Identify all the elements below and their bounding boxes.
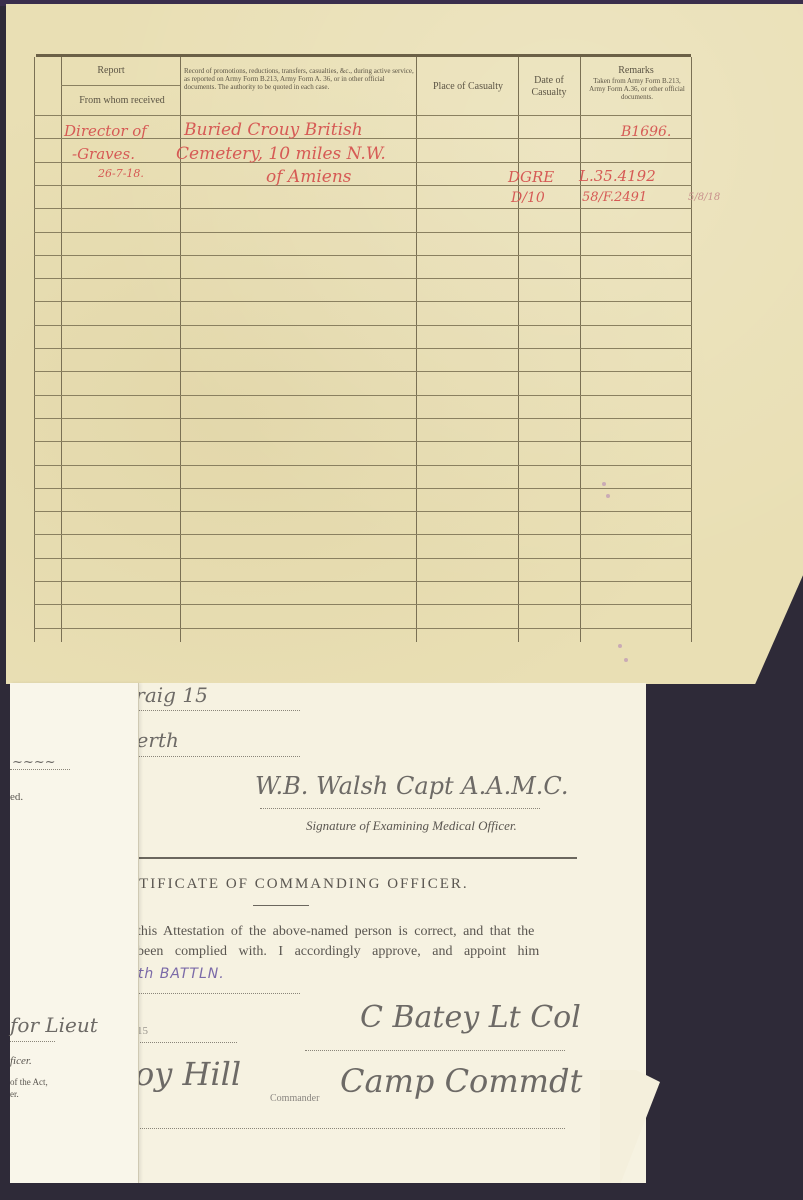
table-row-rule	[34, 395, 692, 396]
dotted-line	[10, 1041, 55, 1042]
entry-record-line2: Cemetery, 10 miles N.W.	[176, 144, 386, 164]
column-line	[691, 57, 692, 642]
entry-from-line1: Director of	[64, 122, 147, 140]
casualty-form-sheet: Report From whom received Record of prom…	[6, 4, 803, 684]
table-row-rule	[34, 185, 692, 186]
entry-from-line3: 26-7-18.	[98, 167, 144, 180]
dotted-line	[305, 1050, 565, 1051]
header-report: Report	[61, 65, 161, 77]
column-line	[518, 57, 519, 642]
entry-remarks-date: 5/8/18	[688, 192, 720, 203]
folded-flap: ~~~~ ed. for Lieut ficer. of the Act, er…	[10, 683, 139, 1183]
ink-mark	[602, 482, 606, 486]
battalion-stamp: 7th BATTLN.	[128, 966, 225, 982]
column-line	[61, 57, 62, 642]
header-from-whom: From whom received	[64, 95, 180, 107]
dotted-line	[135, 1128, 565, 1129]
column-line	[416, 57, 417, 642]
header-date: Date of Casualty	[520, 75, 578, 99]
place-signature: oy Hill	[135, 1055, 241, 1093]
ink-mark	[618, 644, 622, 648]
dotted-line	[10, 769, 70, 770]
flap-signature: for Lieut	[10, 1013, 98, 1037]
flap-act-line2: er.	[10, 1089, 19, 1099]
table-row-rule	[34, 628, 692, 629]
table-row-rule	[34, 558, 692, 559]
camp-commandant-signature: Camp Commdt	[340, 1062, 582, 1100]
table-row-rule	[34, 208, 692, 209]
table-row-rule	[34, 348, 692, 349]
entry-remarks-ref: B1696.	[621, 124, 671, 140]
flap-text: ed.	[10, 791, 23, 803]
medical-signature-label: Signature of Examining Medical Officer.	[306, 818, 517, 834]
table-row-rule	[34, 488, 692, 489]
table-row-rule	[34, 278, 692, 279]
commander-label: Commander	[270, 1093, 319, 1104]
ink-mark	[606, 494, 610, 498]
table-row-rule	[34, 581, 692, 582]
flap-act-line1: of the Act,	[10, 1077, 48, 1087]
co-certificate-title: RTIFICATE OF COMMANDING OFFICER.	[128, 876, 469, 893]
section-separator	[125, 857, 577, 859]
dotted-line	[260, 808, 540, 809]
dotted-line	[130, 993, 300, 994]
co-signature: C Batey Lt Col	[360, 1000, 581, 1035]
entry-remarks-line2: L.35.4192	[579, 167, 656, 185]
flap-officer: ficer.	[10, 1055, 32, 1067]
medical-officer-signature: W.B. Walsh Capt A.A.M.C.	[255, 772, 569, 800]
table-row-rule	[34, 441, 692, 442]
header-remarks: Remarks	[582, 65, 690, 77]
table-row-rule	[34, 418, 692, 419]
entry-record-line3: of Amiens	[266, 167, 352, 187]
dotted-line	[137, 1042, 237, 1043]
entry-date-line1: DGRE	[508, 168, 554, 186]
entry-record-line1: Buried Crouy British	[184, 120, 363, 140]
column-line	[34, 57, 35, 642]
table-row-rule	[34, 115, 692, 116]
entry-remarks-line3: 58/F.2491	[582, 190, 647, 205]
table-row-rule	[34, 255, 692, 256]
column-line	[580, 57, 581, 642]
table-row-rule	[34, 301, 692, 302]
entry-from-line2: -Graves.	[72, 145, 135, 163]
dotted-line	[125, 710, 300, 711]
table-row-rule	[34, 604, 692, 605]
dotted-line	[125, 756, 300, 757]
table-row-rule	[34, 465, 692, 466]
table-row-rule	[34, 232, 692, 233]
co-body-line2: been complied with. I accordingly approv…	[137, 944, 539, 960]
table-row-rule	[34, 371, 692, 372]
table-row-rule	[34, 511, 692, 512]
entry-date-line2: D/10	[511, 190, 545, 206]
title-underline	[253, 905, 309, 906]
header-split	[61, 85, 180, 86]
header-place: Place of Casualty	[419, 81, 517, 93]
flap-scrawl: ~~~~	[12, 755, 56, 770]
table-row-rule	[34, 325, 692, 326]
header-remarks-sub: Taken from Army Form B.213, Army Form A.…	[586, 77, 688, 101]
background-bottom	[0, 1183, 803, 1200]
table-row-rule	[34, 534, 692, 535]
header-record: Record of promotions, reductions, transf…	[184, 67, 414, 91]
co-body-line1: this Attestation of the above-named pers…	[137, 924, 534, 940]
ink-mark	[624, 658, 628, 662]
